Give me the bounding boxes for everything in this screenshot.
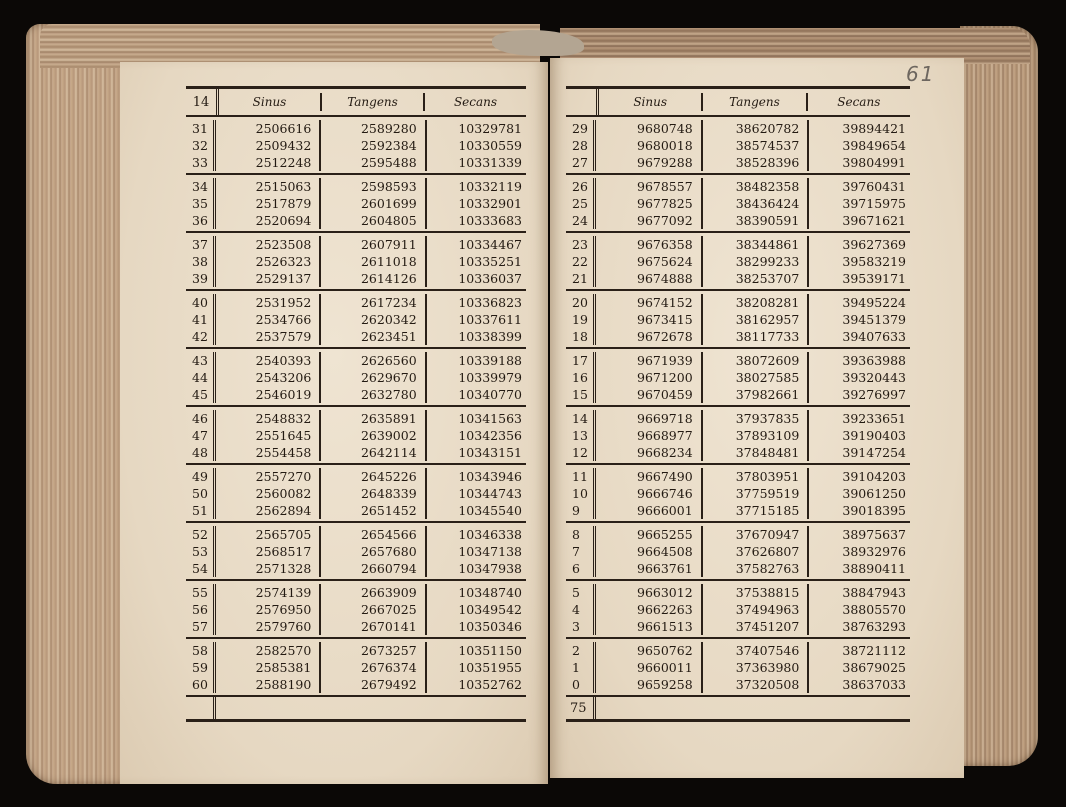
secans-cell: 39804991 (809, 154, 910, 171)
secans-cell: 39894421 (809, 120, 910, 137)
sinus-cell: 9671200 (596, 369, 703, 386)
minute-cell: 21 (566, 270, 596, 287)
table-footer: 75 (566, 697, 910, 722)
secans-cell: 38679025 (809, 659, 910, 676)
header-tangens: Tangens (322, 93, 425, 111)
right-page-edges (960, 26, 1038, 766)
secans-cell: 10342356 (427, 427, 526, 444)
secans-cell: 10336823 (427, 294, 526, 311)
table-row: 196600113736398038679025 (566, 659, 910, 676)
sinus-cell: 9674152 (596, 294, 703, 311)
secans-cell: 10349542 (427, 601, 526, 618)
tangens-cell: 2648339 (321, 485, 426, 502)
table-row: 432540393262656010339188 (186, 352, 526, 369)
table-row: 362520694260480510333683 (186, 212, 526, 229)
table-row: 1296682343784848139147254 (566, 444, 910, 461)
table-row: 1496697183793783539233651 (566, 410, 910, 427)
table-row: 296507623740754638721112 (566, 642, 910, 659)
row-group: 2696785573848235839760431259677825384364… (566, 175, 910, 233)
secans-cell: 10348740 (427, 584, 526, 601)
secans-cell: 10340770 (427, 386, 526, 403)
secans-cell: 10339979 (427, 369, 526, 386)
minute-cell: 11 (566, 468, 596, 485)
minute-cell: 38 (186, 253, 216, 270)
header-tangens: Tangens (703, 93, 807, 111)
table-row: 602588190267949210352762 (186, 676, 526, 693)
minute-cell: 60 (186, 676, 216, 693)
minute-cell: 31 (186, 120, 216, 137)
sinus-cell: 9663761 (596, 560, 703, 577)
table-row: 696637613758276338890411 (566, 560, 910, 577)
header-secans: Secans (808, 93, 910, 111)
minute-cell: 23 (566, 236, 596, 253)
secans-cell: 10339188 (427, 352, 526, 369)
table-row: 896652553767094738975637 (566, 526, 910, 543)
table-row: 2196748883825370739539171 (566, 270, 910, 287)
tangens-cell: 38574537 (703, 137, 810, 154)
tangens-cell: 37670947 (703, 526, 810, 543)
table-row: 542571328266079410347938 (186, 560, 526, 577)
sinus-cell: 2562894 (216, 502, 321, 519)
secans-cell: 10338399 (427, 328, 526, 345)
secans-cell: 39320443 (809, 369, 910, 386)
tangens-cell: 38117733 (703, 328, 810, 345)
secans-cell: 10336037 (427, 270, 526, 287)
tangens-cell: 2629670 (321, 369, 426, 386)
minute-cell: 28 (566, 137, 596, 154)
secans-cell: 10351150 (427, 642, 526, 659)
row-group: 2996807483862078239894421289680018385745… (566, 117, 910, 175)
row-group: 2396763583834486139627369229675624382992… (566, 233, 910, 291)
sinus-cell: 2520694 (216, 212, 321, 229)
minute-cell: 58 (186, 642, 216, 659)
minute-cell: 49 (186, 468, 216, 485)
minute-cell: 37 (186, 236, 216, 253)
row-group: 5225657052654566103463385325685172657680… (186, 523, 526, 581)
table-row: 572579760267014110350346 (186, 618, 526, 635)
sinus-cell: 9661513 (596, 618, 703, 635)
header-sinus: Sinus (219, 93, 322, 111)
row-group: 4325403932626560103391884425432062629670… (186, 349, 526, 407)
minute-cell: 19 (566, 311, 596, 328)
row-group: 1796719393807260939363988169671200380275… (566, 349, 910, 407)
sinus-cell: 2548832 (216, 410, 321, 427)
table-row: 2696785573848235839760431 (566, 178, 910, 195)
table-row: 402531952261723410336823 (186, 294, 526, 311)
header-sinus: Sinus (599, 93, 703, 111)
tangens-cell: 38208281 (703, 294, 810, 311)
secans-cell: 10346338 (427, 526, 526, 543)
table-body: 3125066162589280103297813225094322592384… (186, 117, 526, 697)
minute-cell: 44 (186, 369, 216, 386)
minute-cell: 52 (186, 526, 216, 543)
tangens-cell: 37626807 (703, 543, 810, 560)
table-row: 1196674903780395139104203 (566, 468, 910, 485)
table-row: 2296756243829923339583219 (566, 253, 910, 270)
table-row: 352517879260169910332901 (186, 195, 526, 212)
table-row: 562576950266702510349542 (186, 601, 526, 618)
secans-cell: 39539171 (809, 270, 910, 287)
sinus-cell: 9680748 (596, 120, 703, 137)
sinus-cell: 9671939 (596, 352, 703, 369)
secans-cell: 39190403 (809, 427, 910, 444)
sinus-cell: 2509432 (216, 137, 321, 154)
sinus-cell: 9665255 (596, 526, 703, 543)
sinus-cell: 2506616 (216, 120, 321, 137)
table-row: 452546019263278010340770 (186, 386, 526, 403)
sinus-cell: 9670459 (596, 386, 703, 403)
secans-cell: 10343151 (427, 444, 526, 461)
minute-cell: 18 (566, 328, 596, 345)
minute-cell: 14 (566, 410, 596, 427)
tangens-cell: 2611018 (321, 253, 426, 270)
minute-cell: 27 (566, 154, 596, 171)
secans-cell: 10350346 (427, 618, 526, 635)
secans-cell: 39018395 (809, 502, 910, 519)
minute-cell: 25 (566, 195, 596, 212)
tangens-cell: 2660794 (321, 560, 426, 577)
tangens-cell: 2657680 (321, 543, 426, 560)
secans-cell: 39233651 (809, 410, 910, 427)
tangens-cell: 37582763 (703, 560, 810, 577)
secans-cell: 39849654 (809, 137, 910, 154)
minute-cell: 22 (566, 253, 596, 270)
minute-cell: 50 (186, 485, 216, 502)
tangens-cell: 37451207 (703, 618, 810, 635)
sinus-cell: 9677825 (596, 195, 703, 212)
tangens-cell: 38344861 (703, 236, 810, 253)
sinus-cell: 9678557 (596, 178, 703, 195)
tangens-cell: 38072609 (703, 352, 810, 369)
secans-cell: 10352762 (427, 676, 526, 693)
minute-cell: 13 (566, 427, 596, 444)
secans-cell: 38721112 (809, 642, 910, 659)
secans-cell: 10331339 (427, 154, 526, 171)
minute-cell: 26 (566, 178, 596, 195)
table-row: 312506616258928010329781 (186, 120, 526, 137)
minute-cell: 35 (186, 195, 216, 212)
table-row: 532568517265768010347138 (186, 543, 526, 560)
tangens-cell: 37715185 (703, 502, 810, 519)
table-row: 512562894265145210345540 (186, 502, 526, 519)
sinus-cell: 2582570 (216, 642, 321, 659)
table-row: 332512248259548810331339 (186, 154, 526, 171)
tangens-cell: 37759519 (703, 485, 810, 502)
tangens-cell: 2589280 (321, 120, 426, 137)
minute-cell: 51 (186, 502, 216, 519)
tangens-cell: 38390591 (703, 212, 810, 229)
table-row: 322509432259238410330559 (186, 137, 526, 154)
table-row: 482554458264211410343151 (186, 444, 526, 461)
sinus-cell: 9666746 (596, 485, 703, 502)
secans-cell: 39104203 (809, 468, 910, 485)
tangens-cell: 37494963 (703, 601, 810, 618)
table-row: 1396689773789310939190403 (566, 427, 910, 444)
sinus-cell: 2560082 (216, 485, 321, 502)
table-row: 496622633749496338805570 (566, 601, 910, 618)
table-row: 2096741523820828139495224 (566, 294, 910, 311)
table-row: 582582570267325710351150 (186, 642, 526, 659)
table-row: 2496770923839059139671621 (566, 212, 910, 229)
sinus-cell: 9677092 (596, 212, 703, 229)
secans-cell: 38932976 (809, 543, 910, 560)
minute-cell: 7 (566, 543, 596, 560)
secans-cell: 38975637 (809, 526, 910, 543)
row-group: 3425150632598593103321193525178792601699… (186, 175, 526, 233)
sinus-cell: 2512248 (216, 154, 321, 171)
table-row: 382526323261101810335251 (186, 253, 526, 270)
minute-cell: 1 (566, 659, 596, 676)
tangens-cell: 2667025 (321, 601, 426, 618)
table-row: 492557270264522610343946 (186, 468, 526, 485)
tangens-cell: 2676374 (321, 659, 426, 676)
minute-cell: 20 (566, 294, 596, 311)
table-header: 14 Sinus Tangens Secans (186, 86, 526, 117)
right-trig-table: Sinus Tangens Secans 2996807483862078239… (566, 86, 910, 722)
secans-cell: 39147254 (809, 444, 910, 461)
tangens-cell: 37320508 (703, 676, 810, 693)
secans-cell: 38763293 (809, 618, 910, 635)
sinus-cell: 9659258 (596, 676, 703, 693)
tangens-cell: 2651452 (321, 502, 426, 519)
sinus-cell: 9660011 (596, 659, 703, 676)
sinus-cell: 2554458 (216, 444, 321, 461)
tangens-cell: 38299233 (703, 253, 810, 270)
minute-cell: 8 (566, 526, 596, 543)
sinus-cell: 9679288 (596, 154, 703, 171)
row-group: 5825825702673257103511505925853812676374… (186, 639, 526, 697)
sinus-cell: 2543206 (216, 369, 321, 386)
secans-cell: 10330559 (427, 137, 526, 154)
row-group: 4025319522617234103368234125347662620342… (186, 291, 526, 349)
secans-cell: 10347938 (427, 560, 526, 577)
tangens-cell: 37937835 (703, 410, 810, 427)
minute-cell: 53 (186, 543, 216, 560)
minute-cell: 32 (186, 137, 216, 154)
table-row: 522565705265456610346338 (186, 526, 526, 543)
secans-cell: 39363988 (809, 352, 910, 369)
sinus-cell: 9674888 (596, 270, 703, 287)
tangens-cell: 2632780 (321, 386, 426, 403)
tangens-cell: 37848481 (703, 444, 810, 461)
footer-number (186, 697, 216, 719)
table-row: 396615133745120738763293 (566, 618, 910, 635)
tangens-cell: 38528396 (703, 154, 810, 171)
sinus-cell: 9668234 (596, 444, 703, 461)
tangens-cell: 2620342 (321, 311, 426, 328)
tangens-cell: 2670141 (321, 618, 426, 635)
secans-cell: 39061250 (809, 485, 910, 502)
tangens-cell: 2635891 (321, 410, 426, 427)
minute-cell: 57 (186, 618, 216, 635)
sinus-cell: 2526323 (216, 253, 321, 270)
table-row: 442543206262967010339979 (186, 369, 526, 386)
sinus-cell: 9668977 (596, 427, 703, 444)
secans-cell: 39451379 (809, 311, 910, 328)
sinus-cell: 2585381 (216, 659, 321, 676)
minute-cell: 36 (186, 212, 216, 229)
minute-cell: 43 (186, 352, 216, 369)
tangens-cell: 2654566 (321, 526, 426, 543)
secans-cell: 10343946 (427, 468, 526, 485)
left-trig-table: 14 Sinus Tangens Secans 3125066162589280… (186, 86, 526, 722)
table-row: 342515063259859310332119 (186, 178, 526, 195)
minute-cell: 4 (566, 601, 596, 618)
tangens-cell: 37538815 (703, 584, 810, 601)
minute-cell: 56 (186, 601, 216, 618)
row-group: 2965076237407546387211121966001137363980… (566, 639, 910, 697)
row-group: 1496697183793783539233651139668977378931… (566, 407, 910, 465)
tangens-cell: 2645226 (321, 468, 426, 485)
sinus-cell: 2574139 (216, 584, 321, 601)
secans-cell: 10332901 (427, 195, 526, 212)
sinus-cell: 9673415 (596, 311, 703, 328)
handwritten-folio-number: 61 (906, 62, 935, 86)
table-row: 392529137261412610336037 (186, 270, 526, 287)
row-group: 4625488322635891103415634725516452639002… (186, 407, 526, 465)
table-row: 372523508260791110334467 (186, 236, 526, 253)
tangens-cell: 2642114 (321, 444, 426, 461)
row-group: 8966525537670947389756377966450837626807… (566, 523, 910, 581)
minute-cell: 17 (566, 352, 596, 369)
tangens-cell: 2679492 (321, 676, 426, 693)
table-row: 462548832263589110341563 (186, 410, 526, 427)
table-row: 502560082264833910344743 (186, 485, 526, 502)
sinus-cell: 2551645 (216, 427, 321, 444)
row-group: 5966301237538815388479434966226337494963… (566, 581, 910, 639)
secans-cell: 39276997 (809, 386, 910, 403)
minute-cell: 54 (186, 560, 216, 577)
minute-cell: 12 (566, 444, 596, 461)
sinus-cell: 2576950 (216, 601, 321, 618)
secans-cell: 38890411 (809, 560, 910, 577)
sinus-cell: 2579760 (216, 618, 321, 635)
minute-cell: 41 (186, 311, 216, 328)
sinus-cell: 9672678 (596, 328, 703, 345)
row-group: 3125066162589280103297813225094322592384… (186, 117, 526, 175)
row-group: 1196674903780395139104203109666746377595… (566, 465, 910, 523)
table-row: 2996807483862078239894421 (566, 120, 910, 137)
secans-cell: 10347138 (427, 543, 526, 560)
table-row: 2396763583834486139627369 (566, 236, 910, 253)
tangens-cell: 37407546 (703, 642, 810, 659)
minute-cell: 29 (566, 120, 596, 137)
secans-cell: 39760431 (809, 178, 910, 195)
tangens-cell: 2614126 (321, 270, 426, 287)
secans-cell: 39627369 (809, 236, 910, 253)
open-book: 61 14 Sinus Tangens Secans 3125066162589… (0, 0, 1066, 807)
tangens-cell: 2673257 (321, 642, 426, 659)
tangens-cell: 2598593 (321, 178, 426, 195)
sinus-cell: 2565705 (216, 526, 321, 543)
minute-cell: 10 (566, 485, 596, 502)
sinus-cell: 2515063 (216, 178, 321, 195)
sinus-cell: 2531952 (216, 294, 321, 311)
sinus-cell: 2540393 (216, 352, 321, 369)
row-group: 4925572702645226103439465025600822648339… (186, 465, 526, 523)
left-page-edges (26, 24, 126, 784)
minute-cell: 33 (186, 154, 216, 171)
sinus-cell: 9669718 (596, 410, 703, 427)
secans-cell: 10332119 (427, 178, 526, 195)
minute-cell: 39 (186, 270, 216, 287)
tangens-cell: 38482358 (703, 178, 810, 195)
minute-cell: 2 (566, 642, 596, 659)
page-number: 14 (186, 89, 219, 115)
secans-cell: 10329781 (427, 120, 526, 137)
secans-cell: 39407633 (809, 328, 910, 345)
tangens-cell: 38162957 (703, 311, 810, 328)
secans-cell: 10341563 (427, 410, 526, 427)
sinus-cell: 9663012 (596, 584, 703, 601)
sinus-cell: 9650762 (596, 642, 703, 659)
row-group: 2096741523820828139495224199673415381629… (566, 291, 910, 349)
sinus-cell: 2534766 (216, 311, 321, 328)
minute-cell: 16 (566, 369, 596, 386)
sinus-cell: 2557270 (216, 468, 321, 485)
secans-cell: 39715975 (809, 195, 910, 212)
minute-cell: 55 (186, 584, 216, 601)
tangens-cell: 2639002 (321, 427, 426, 444)
secans-cell: 10335251 (427, 253, 526, 270)
table-row: 2796792883852839639804991 (566, 154, 910, 171)
table-header: Sinus Tangens Secans (566, 86, 910, 117)
minute-cell: 34 (186, 178, 216, 195)
minute-cell: 3 (566, 618, 596, 635)
tangens-cell: 2626560 (321, 352, 426, 369)
minute-cell: 48 (186, 444, 216, 461)
minute-cell: 5 (566, 584, 596, 601)
sinus-cell: 9664508 (596, 543, 703, 560)
secans-cell: 38805570 (809, 601, 910, 618)
sinus-cell: 9680018 (596, 137, 703, 154)
minute-cell: 15 (566, 386, 596, 403)
sinus-cell: 2546019 (216, 386, 321, 403)
table-row: 2896800183857453739849654 (566, 137, 910, 154)
table-row: 1996734153816295739451379 (566, 311, 910, 328)
secans-cell: 39495224 (809, 294, 910, 311)
table-row: 422537579262345110338399 (186, 328, 526, 345)
table-row: 1796719393807260939363988 (566, 352, 910, 369)
secans-cell: 38847943 (809, 584, 910, 601)
tangens-cell: 2623451 (321, 328, 426, 345)
tangens-cell: 37803951 (703, 468, 810, 485)
secans-cell: 10351955 (427, 659, 526, 676)
minute-cell: 42 (186, 328, 216, 345)
tangens-cell: 2617234 (321, 294, 426, 311)
footer-number: 75 (566, 697, 596, 719)
tangens-cell: 38253707 (703, 270, 810, 287)
table-row: 472551645263900210342356 (186, 427, 526, 444)
sinus-cell: 9667490 (596, 468, 703, 485)
table-row: 996660013771518539018395 (566, 502, 910, 519)
table-row: 796645083762680738932976 (566, 543, 910, 560)
minute-cell: 24 (566, 212, 596, 229)
tangens-cell: 37982661 (703, 386, 810, 403)
sinus-cell: 2523508 (216, 236, 321, 253)
sinus-cell: 9676358 (596, 236, 703, 253)
sinus-cell: 2529137 (216, 270, 321, 287)
minute-cell: 9 (566, 502, 596, 519)
sinus-cell: 2537579 (216, 328, 321, 345)
minute-cell: 0 (566, 676, 596, 693)
row-group: 5525741392663909103487405625769502667025… (186, 581, 526, 639)
tangens-cell: 37363980 (703, 659, 810, 676)
secans-cell: 39583219 (809, 253, 910, 270)
sinus-cell: 9662263 (596, 601, 703, 618)
tangens-cell: 2607911 (321, 236, 426, 253)
minute-cell: 40 (186, 294, 216, 311)
